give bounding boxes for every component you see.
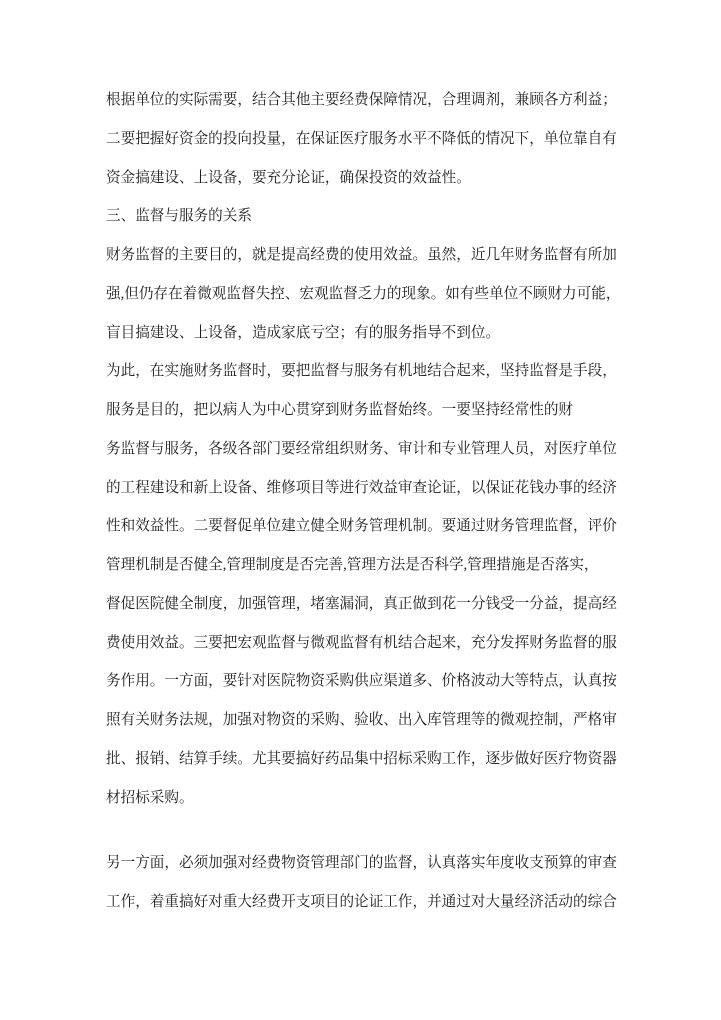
text-line: 三、监督与服务的关系 [106,197,618,236]
document-text-area: 根据单位的实际需要，结合其他主要经费保障情况，合理调剂，兼顾各方利益；二要把握好… [106,81,618,922]
text-line: 务监督与服务，各级各部门要经常组织财务、审计和专业管理人员，对医疗单位 [106,430,618,469]
text-line: 根据单位的实际需要，结合其他主要经费保障情况，合理调剂，兼顾各方利益； [106,81,618,120]
text-line: 资金搞建设、上设备，要充分论证，确保投资的效益性。 [106,159,618,198]
text-line: 工作，着重搞好对重大经费开支项目的论证工作，并通过对大量经济活动的综合 [106,883,618,922]
text-line: 强,但仍存在着微观监督失控、宏观监督乏力的现象。如有些单位不顾财力可能， [106,275,618,314]
para-fund-allocation: 根据单位的实际需要，结合其他主要经费保障情况，合理调剂，兼顾各方利益；二要把握好… [106,81,618,197]
text-line: 照有关财务法规，加强对物资的采购、验收、出入库管理等的微观控制，严格审 [106,701,618,740]
heading-section-three: 三、监督与服务的关系 [106,197,618,236]
text-line: 服务是目的，把以病人为中心贯穿到财务监督始终。一要坚持经常性的财 [106,391,618,430]
document-page: 根据单位的实际需要，结合其他主要经费保障情况，合理调剂，兼顾各方利益；二要把握好… [0,0,721,1020]
text-line: 管理机制是否健全,管理制度是否完善,管理方法是否科学,管理措施是否落实， [106,546,618,585]
text-line: 费使用效益。三要把宏观监督与微观监督有机结合起来，充分发挥财务监督的服 [106,624,618,663]
text-line: 务作用。一方面，要针对医院物资采购供应渠道多、价格波动大等特点，认真按 [106,662,618,701]
text-line: 批、报销、结算手续。尤其要搞好药品集中招标采购工作，逐步做好医疗物资器 [106,740,618,779]
text-line: 督促医院健全制度，加强管理，堵塞漏洞，真正做到花一分钱受一分益，提高经 [106,585,618,624]
para-supervision-purpose: 财务监督的主要目的，就是提高经费的使用效益。虽然，近几年财务监督有所加强,但仍存… [106,236,618,352]
text-line: 二要把握好资金的投向投量，在保证医疗服务水平不降低的情况下，单位靠自有 [106,120,618,159]
para-other-aspect: 另一方面，必须加强对经费物资管理部门的监督，认真落实年度收支预算的审查工作，着重… [106,844,618,922]
text-line: 的工程建设和新上设备、维修项目等进行效益审查论证，以保证花钱办事的经济 [106,469,618,508]
para-supervision-and-service: 为此，在实施财务监督时，要把监督与服务有机地结合起来，坚持监督是手段，服务是目的… [106,352,618,817]
text-line: 材招标采购。 [106,779,618,818]
text-line: 另一方面，必须加强对经费物资管理部门的监督，认真落实年度收支预算的审查 [106,844,618,883]
text-line: 为此，在实施财务监督时，要把监督与服务有机地结合起来，坚持监督是手段， [106,352,618,391]
text-line: 盲目搞建设、上设备，造成家底亏空；有的服务指导不到位。 [106,314,618,353]
text-line: 性和效益性。二要督促单位建立健全财务管理机制。要通过财务管理监督，评价 [106,507,618,546]
text-line: 财务监督的主要目的，就是提高经费的使用效益。虽然，近几年财务监督有所加 [106,236,618,275]
